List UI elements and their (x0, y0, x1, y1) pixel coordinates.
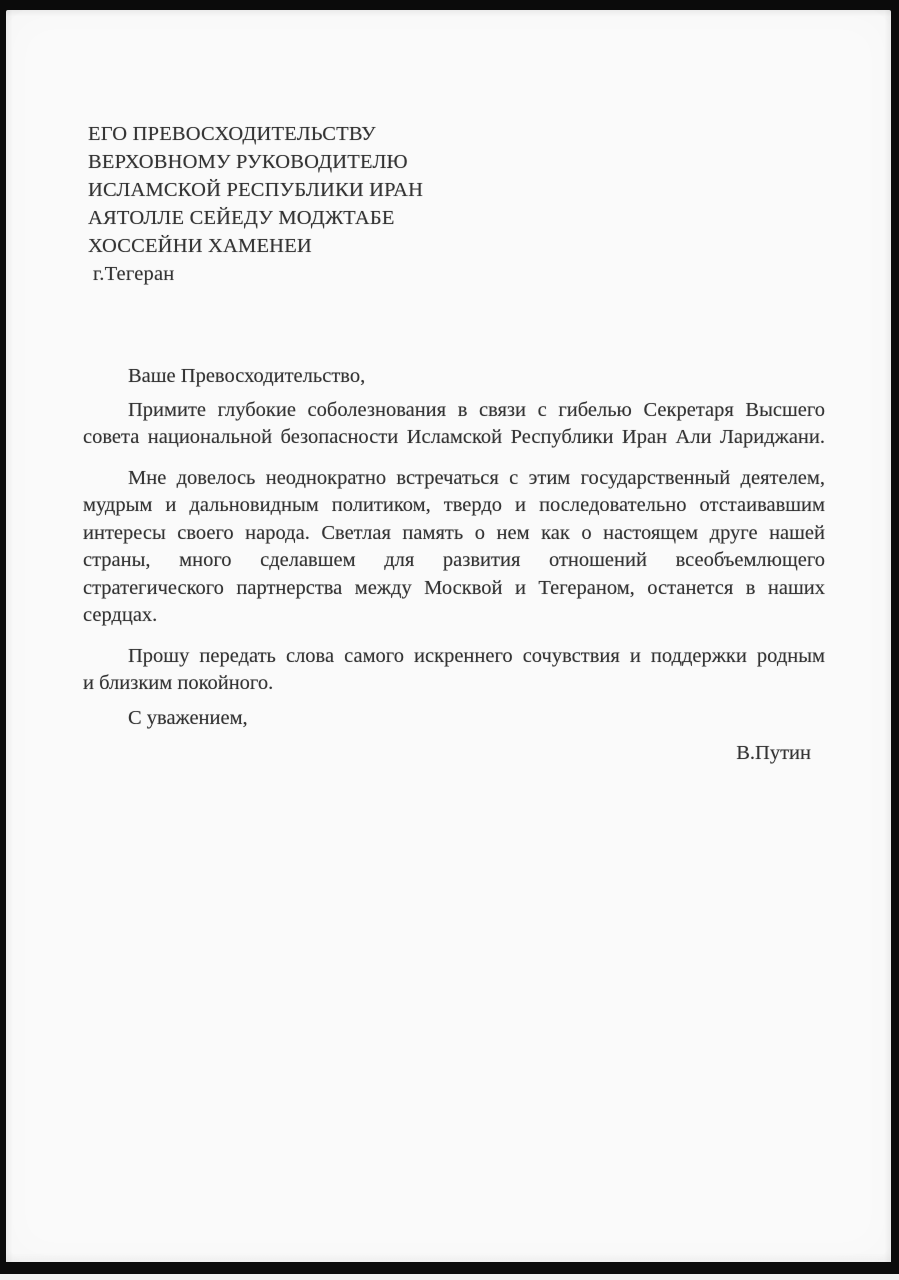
paragraph-line: совета национальной безопасности Исламск… (83, 424, 825, 452)
closing-phrase: С уважением, (83, 705, 825, 733)
paragraph-line: стратегического партнерства между Москво… (83, 575, 825, 603)
paragraph-line: Мне довелось неоднократно встречаться с … (83, 465, 825, 493)
recipient-address-line: ЕГО ПРЕВОСХОДИТЕЛЬСТВУ (88, 120, 825, 148)
recipient-address-line: АЯТОЛЛЕ СЕЙЕДУ МОДЖТАБЕ (88, 204, 825, 232)
letter-page: ЕГО ПРЕВОСХОДИТЕЛЬСТВУ ВЕРХОВНОМУ РУКОВО… (6, 10, 891, 1262)
paragraph-line: сердцах. (83, 602, 825, 630)
letter-content: ЕГО ПРЕВОСХОДИТЕЛЬСТВУ ВЕРХОВНОМУ РУКОВО… (83, 10, 825, 768)
salutation: Ваше Превосходительство, (83, 363, 825, 391)
recipient-address-line: ХОССЕЙНИ ХАМЕНЕИ (88, 232, 825, 260)
paragraph-line: страны, много сделавшем для развития отн… (83, 547, 825, 575)
paragraph-condolences: Примите глубокие соболезнования в связи … (83, 397, 825, 452)
paragraph-line: Примите глубокие соболезнования в связи … (83, 397, 825, 425)
paragraph-line: и близким покойного. (83, 670, 825, 698)
paragraph-request: Прошу передать слова самого искреннего с… (83, 643, 825, 698)
recipient-address-line: ВЕРХОВНОМУ РУКОВОДИТЕЛЮ (88, 148, 825, 176)
next-page-edge (0, 1274, 899, 1280)
recipient-city: г.Тегеран (93, 260, 825, 288)
recipient-address-line: ИСЛАМСКОЙ РЕСПУБЛИКИ ИРАН (88, 176, 825, 204)
paragraph-line: мудрым и дальновидным политиком, твердо … (83, 492, 825, 520)
scanner-bottom-bar (0, 1262, 899, 1274)
scanner-frame: { "document": { "type": "scanned-letter"… (0, 0, 899, 1280)
paragraph-line: интересы своего народа. Светлая память о… (83, 520, 825, 548)
paragraph-line: Прошу передать слова самого искреннего с… (83, 643, 825, 671)
signature: В.Путин (83, 740, 825, 768)
paragraph-tribute: Мне довелось неоднократно встречаться с … (83, 465, 825, 630)
recipient-address-block: ЕГО ПРЕВОСХОДИТЕЛЬСТВУ ВЕРХОВНОМУ РУКОВО… (88, 120, 825, 288)
